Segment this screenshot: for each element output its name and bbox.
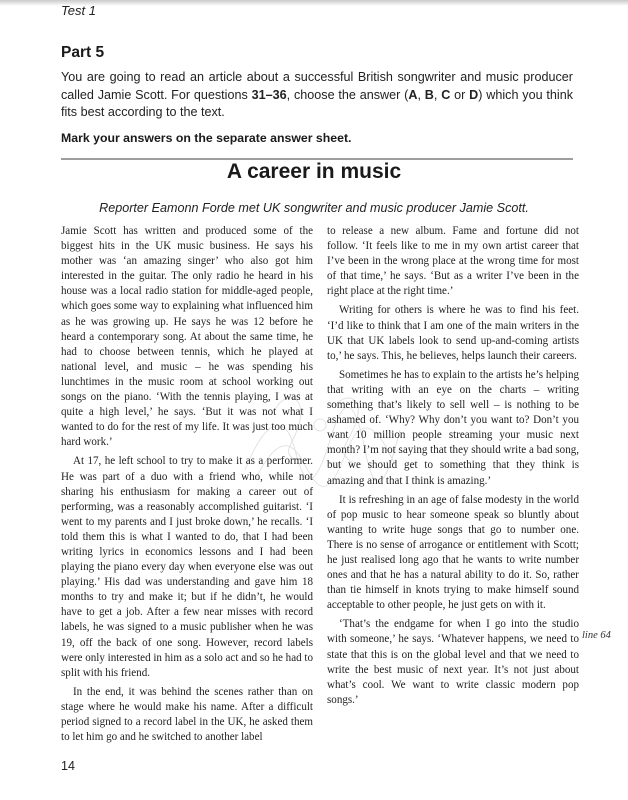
page-number: 14	[61, 759, 75, 773]
article-paragraph: At 17, he left school to try to make it …	[61, 454, 313, 680]
article-column-right: to release a new album. Fame and fortune…	[327, 224, 579, 712]
article-paragraph: In the end, it was behind the scenes rat…	[61, 685, 313, 745]
separator: or	[450, 88, 469, 102]
option-d: D	[469, 88, 478, 102]
article-title: A career in music	[0, 160, 628, 184]
option-b: B	[425, 88, 434, 102]
question-range: 31–36	[252, 88, 287, 102]
instructions-text: , choose the answer (	[287, 88, 409, 102]
separator: ,	[417, 88, 424, 102]
part-title: Part 5	[61, 44, 104, 62]
article-paragraph: It is refreshing in an age of false mode…	[327, 493, 579, 614]
article-paragraph: Jamie Scott has written and produced som…	[61, 224, 313, 450]
article-paragraph: to release a new album. Fame and fortune…	[327, 224, 579, 299]
article-paragraph: Writing for others is where he was to fi…	[327, 303, 579, 363]
article-paragraph: Sometimes he has to explain to the artis…	[327, 368, 579, 489]
article-paragraph: ‘That’s the endgame for when I go into t…	[327, 617, 579, 708]
answer-sheet-note: Mark your answers on the separate answer…	[61, 131, 351, 145]
task-instructions: You are going to read an article about a…	[61, 69, 573, 122]
line-number-marker: line 64	[582, 630, 611, 641]
running-head: Test 1	[61, 3, 96, 18]
option-c: C	[441, 88, 450, 102]
article-column-left: Jamie Scott has written and produced som…	[61, 224, 313, 749]
article-standfirst: Reporter Eamonn Forde met UK songwriter …	[0, 201, 628, 215]
